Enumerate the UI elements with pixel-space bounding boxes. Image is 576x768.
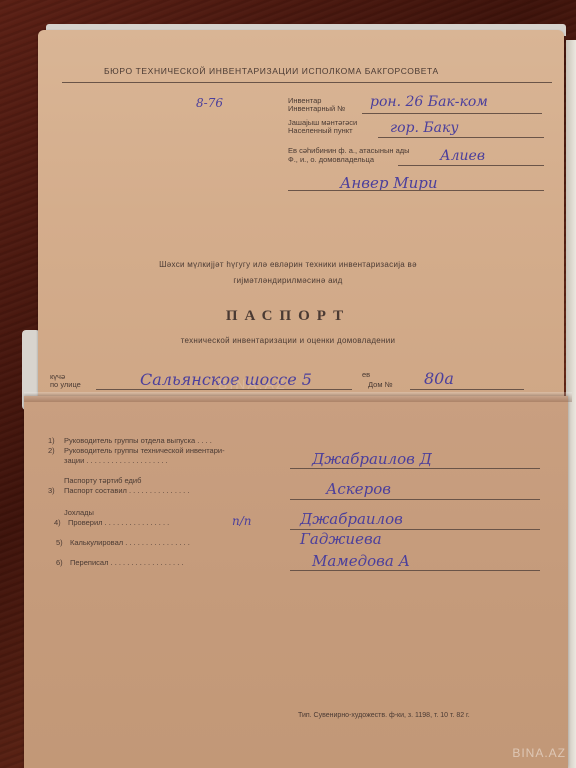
printer-imprint: Тип. Сувенирно-художеств. ф-ки, з. 1198,… xyxy=(298,712,470,719)
owner-surname-value: Алиев xyxy=(440,148,485,164)
sig5-num: 5) xyxy=(56,538,63,547)
sig4-note: п/п xyxy=(232,514,252,528)
sig2-label-cont: зации . . . . . . . . . . . . . . . . . … xyxy=(64,456,168,465)
inventory-value: рон. 26 Бак-ком xyxy=(370,94,488,110)
sig3-value: Аскеров xyxy=(326,480,391,498)
sig2-value: Джабраилов Д xyxy=(312,450,432,468)
subtitle-az-line1: Шәхси мүлкијјәт һүгугу илә евләрин техни… xyxy=(0,260,576,269)
sig3-label: Паспорт составил . . . . . . . . . . . .… xyxy=(64,486,189,495)
header-rule xyxy=(62,82,552,83)
sig2-num: 2) xyxy=(48,446,55,455)
sig3-label-az: Паспорту тәртиб едиб xyxy=(64,476,141,485)
bureau-header: БЮРО ТЕХНИЧЕСКОЙ ИНВЕНТАРИЗАЦИИ ИСПОЛКОМ… xyxy=(104,66,439,76)
owner-line-2 xyxy=(288,190,544,191)
handwritten-reference: 8-76 xyxy=(196,96,223,110)
sig6-num: 6) xyxy=(56,558,63,567)
sig5-label: Калькулировал . . . . . . . . . . . . . … xyxy=(70,538,190,547)
house-value: 80а xyxy=(424,369,454,388)
house-label-az: ев xyxy=(362,370,370,379)
locality-label-ru: Населенный пункт xyxy=(288,126,353,135)
sig4-value: Джабраилов xyxy=(300,510,403,528)
sig4-label-az: Јохлады xyxy=(64,508,94,517)
sig5-value: Гаджиева xyxy=(300,530,382,548)
street-label-ru: по улице xyxy=(50,380,81,389)
sig6-value: Мамедова А xyxy=(312,552,410,570)
subtitle-az-line2: гијмәтләндирилмәсинә аид xyxy=(0,276,576,285)
locality-value: гор. Баку xyxy=(390,120,458,136)
inventory-label-ru: Инвентарный № xyxy=(288,104,345,113)
locality-line xyxy=(378,137,544,138)
owner-label-az: Ев сәһибинин ф. а., атасынын ады xyxy=(288,146,410,155)
owner-line-1 xyxy=(398,165,544,166)
sig4-label: Проверил . . . . . . . . . . . . . . . . xyxy=(68,518,169,527)
center-watermark: BINA.AZ xyxy=(218,376,286,392)
sig6-line xyxy=(290,570,540,571)
owner-label-ru: Ф., и., о. домовладельца xyxy=(288,155,374,164)
sig6-label: Переписал . . . . . . . . . . . . . . . … xyxy=(70,558,183,567)
sig1-num: 1) xyxy=(48,436,55,445)
house-line xyxy=(410,389,524,390)
document-top-half xyxy=(38,30,564,402)
sig3-num: 3) xyxy=(48,486,55,495)
sig4-num: 4) xyxy=(54,518,61,527)
sig3-line xyxy=(290,499,540,500)
inventory-line xyxy=(362,113,542,114)
document-fold xyxy=(24,392,572,402)
subtitle-ru: технической инвентаризации и оценки домо… xyxy=(0,336,576,345)
corner-watermark: BINA.AZ xyxy=(512,746,566,760)
sig2-label: Руководитель группы технической инвентар… xyxy=(64,446,225,455)
sig2-line xyxy=(290,468,540,469)
document-title: ПАСПОРТ xyxy=(0,308,576,325)
house-label-ru: Дом № xyxy=(368,380,393,389)
sig1-label: Руководитель группы отдела выпуска . . .… xyxy=(64,436,212,445)
